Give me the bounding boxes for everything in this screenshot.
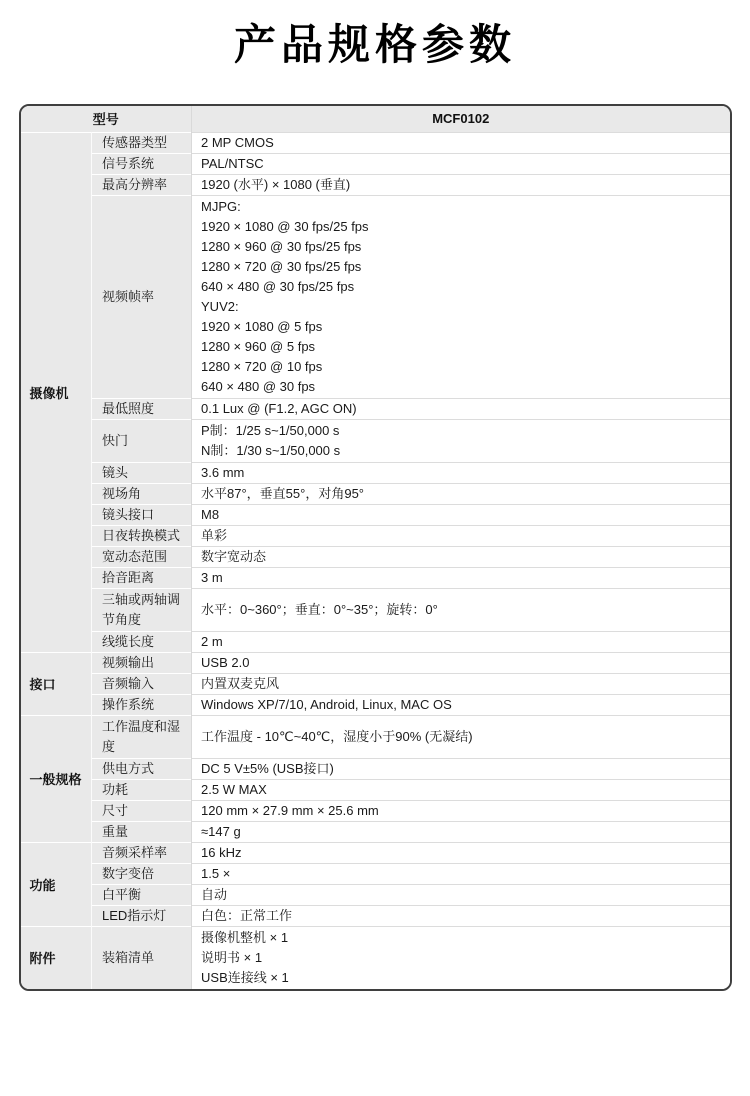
spec-label: 功耗 xyxy=(92,779,192,800)
spec-value: 2 m xyxy=(192,631,730,652)
model-label: 型号 xyxy=(21,106,192,132)
spec-value: 摄像机整机 × 1 说明书 × 1 USB连接线 × 1 xyxy=(192,926,730,989)
spec-label: 信号系统 xyxy=(92,153,192,174)
spec-label: 最低照度 xyxy=(92,398,192,419)
spec-value: 0.1 Lux @ (F1.2, AGC ON) xyxy=(192,398,730,419)
spec-label: 拾音距离 xyxy=(92,567,192,588)
table-row: 操作系统 Windows XP/7/10, Android, Linux, MA… xyxy=(21,694,730,715)
table-row: 数字变倍 1.5 × xyxy=(21,863,730,884)
spec-label: 尺寸 xyxy=(92,800,192,821)
spec-label: 传感器类型 xyxy=(92,132,192,153)
spec-value: 1.5 × xyxy=(192,863,730,884)
spec-value: 2 MP CMOS xyxy=(192,132,730,153)
table-row: 宽动态范围 数字宽动态 xyxy=(21,546,730,567)
spec-label: 镜头 xyxy=(92,462,192,483)
spec-label: 快门 xyxy=(92,419,192,462)
spec-label: 视频帧率 xyxy=(92,195,192,398)
table-row: 重量 ≈147 g xyxy=(21,821,730,842)
spec-value: DC 5 V±5% (USB接口) xyxy=(192,758,730,779)
table-header-row: 型号 MCF0102 xyxy=(21,106,730,132)
spec-value: 水平：0~360°；垂直：0°~35°；旋转：0° xyxy=(192,588,730,631)
spec-value: 水平87°，垂直55°，对角95° xyxy=(192,483,730,504)
spec-label: 操作系统 xyxy=(92,694,192,715)
spec-value: PAL/NTSC xyxy=(192,153,730,174)
table-row: 信号系统 PAL/NTSC xyxy=(21,153,730,174)
spec-value: 工作温度 - 10℃~40℃，湿度小于90% (无凝结) xyxy=(192,715,730,758)
spec-value: P制：1/25 s~1/50,000 s N制：1/30 s~1/50,000 … xyxy=(192,419,730,462)
spec-value: 单彩 xyxy=(192,525,730,546)
spec-label: 音频采样率 xyxy=(92,842,192,863)
spec-value: M8 xyxy=(192,504,730,525)
group-features: 功能 xyxy=(21,842,92,926)
table-row: 最低照度 0.1 Lux @ (F1.2, AGC ON) xyxy=(21,398,730,419)
spec-value: 自动 xyxy=(192,884,730,905)
model-value: MCF0102 xyxy=(192,106,730,132)
spec-value: 内置双麦克风 xyxy=(192,673,730,694)
table-row: 尺寸 120 mm × 27.9 mm × 25.6 mm xyxy=(21,800,730,821)
spec-value: 数字宽动态 xyxy=(192,546,730,567)
spec-sheet-page: 产品规格参数 型号 MCF0102 摄像机 传感器类型 2 MP CMOS 信号… xyxy=(0,18,750,1096)
table-row: 线缆长度 2 m xyxy=(21,631,730,652)
spec-value: Windows XP/7/10, Android, Linux, MAC OS xyxy=(192,694,730,715)
table-row: 功耗 2.5 W MAX xyxy=(21,779,730,800)
table-row: 最高分辨率 1920 (水平) × 1080 (垂直) xyxy=(21,174,730,195)
spec-table: 型号 MCF0102 摄像机 传感器类型 2 MP CMOS 信号系统 PAL/… xyxy=(19,104,732,991)
spec-label: 三轴或两轴调节角度 xyxy=(92,588,192,631)
spec-value: ≈147 g xyxy=(192,821,730,842)
spec-label: 供电方式 xyxy=(92,758,192,779)
group-accessories: 附件 xyxy=(21,926,92,989)
spec-label: 数字变倍 xyxy=(92,863,192,884)
table-row: 一般规格 工作温度和湿度 工作温度 - 10℃~40℃，湿度小于90% (无凝结… xyxy=(21,715,730,758)
spec-label: 最高分辨率 xyxy=(92,174,192,195)
spec-label: 视场角 xyxy=(92,483,192,504)
spec-label: LED指示灯 xyxy=(92,905,192,926)
group-general-specs: 一般规格 xyxy=(21,715,92,842)
table-row: 快门 P制：1/25 s~1/50,000 s N制：1/30 s~1/50,0… xyxy=(21,419,730,462)
table-row: LED指示灯 白色：正常工作 xyxy=(21,905,730,926)
spec-value: 2.5 W MAX xyxy=(192,779,730,800)
table-row: 音频输入 内置双麦克风 xyxy=(21,673,730,694)
group-interface: 接口 xyxy=(21,652,92,715)
table-row: 附件 装箱清单 摄像机整机 × 1 说明书 × 1 USB连接线 × 1 xyxy=(21,926,730,989)
spec-label: 重量 xyxy=(92,821,192,842)
spec-value: 1920 (水平) × 1080 (垂直) xyxy=(192,174,730,195)
page-title: 产品规格参数 xyxy=(0,18,750,72)
table-row: 白平衡 自动 xyxy=(21,884,730,905)
spec-label: 日夜转换模式 xyxy=(92,525,192,546)
spec-value: MJPG: 1920 × 1080 @ 30 fps/25 fps 1280 ×… xyxy=(192,195,730,398)
table-row: 接口 视频输出 USB 2.0 xyxy=(21,652,730,673)
spec-value: 120 mm × 27.9 mm × 25.6 mm xyxy=(192,800,730,821)
spec-label: 宽动态范围 xyxy=(92,546,192,567)
spec-label: 白平衡 xyxy=(92,884,192,905)
table-row: 供电方式 DC 5 V±5% (USB接口) xyxy=(21,758,730,779)
spec-value: 3.6 mm xyxy=(192,462,730,483)
table-row: 镜头接口 M8 xyxy=(21,504,730,525)
table-row: 视频帧率 MJPG: 1920 × 1080 @ 30 fps/25 fps 1… xyxy=(21,195,730,398)
table-row: 摄像机 传感器类型 2 MP CMOS xyxy=(21,132,730,153)
table-row: 三轴或两轴调节角度 水平：0~360°；垂直：0°~35°；旋转：0° xyxy=(21,588,730,631)
spec-value: 白色：正常工作 xyxy=(192,905,730,926)
table-row: 日夜转换模式 单彩 xyxy=(21,525,730,546)
spec-label: 镜头接口 xyxy=(92,504,192,525)
spec-label: 线缆长度 xyxy=(92,631,192,652)
spec-value: USB 2.0 xyxy=(192,652,730,673)
table-row: 视场角 水平87°，垂直55°，对角95° xyxy=(21,483,730,504)
spec-value: 3 m xyxy=(192,567,730,588)
table-row: 拾音距离 3 m xyxy=(21,567,730,588)
spec-label: 装箱清单 xyxy=(92,926,192,989)
spec-label: 视频输出 xyxy=(92,652,192,673)
spec-value: 16 kHz xyxy=(192,842,730,863)
group-camera: 摄像机 xyxy=(21,132,92,652)
spec-label: 工作温度和湿度 xyxy=(92,715,192,758)
table-row: 功能 音频采样率 16 kHz xyxy=(21,842,730,863)
spec-label: 音频输入 xyxy=(92,673,192,694)
table-row: 镜头 3.6 mm xyxy=(21,462,730,483)
